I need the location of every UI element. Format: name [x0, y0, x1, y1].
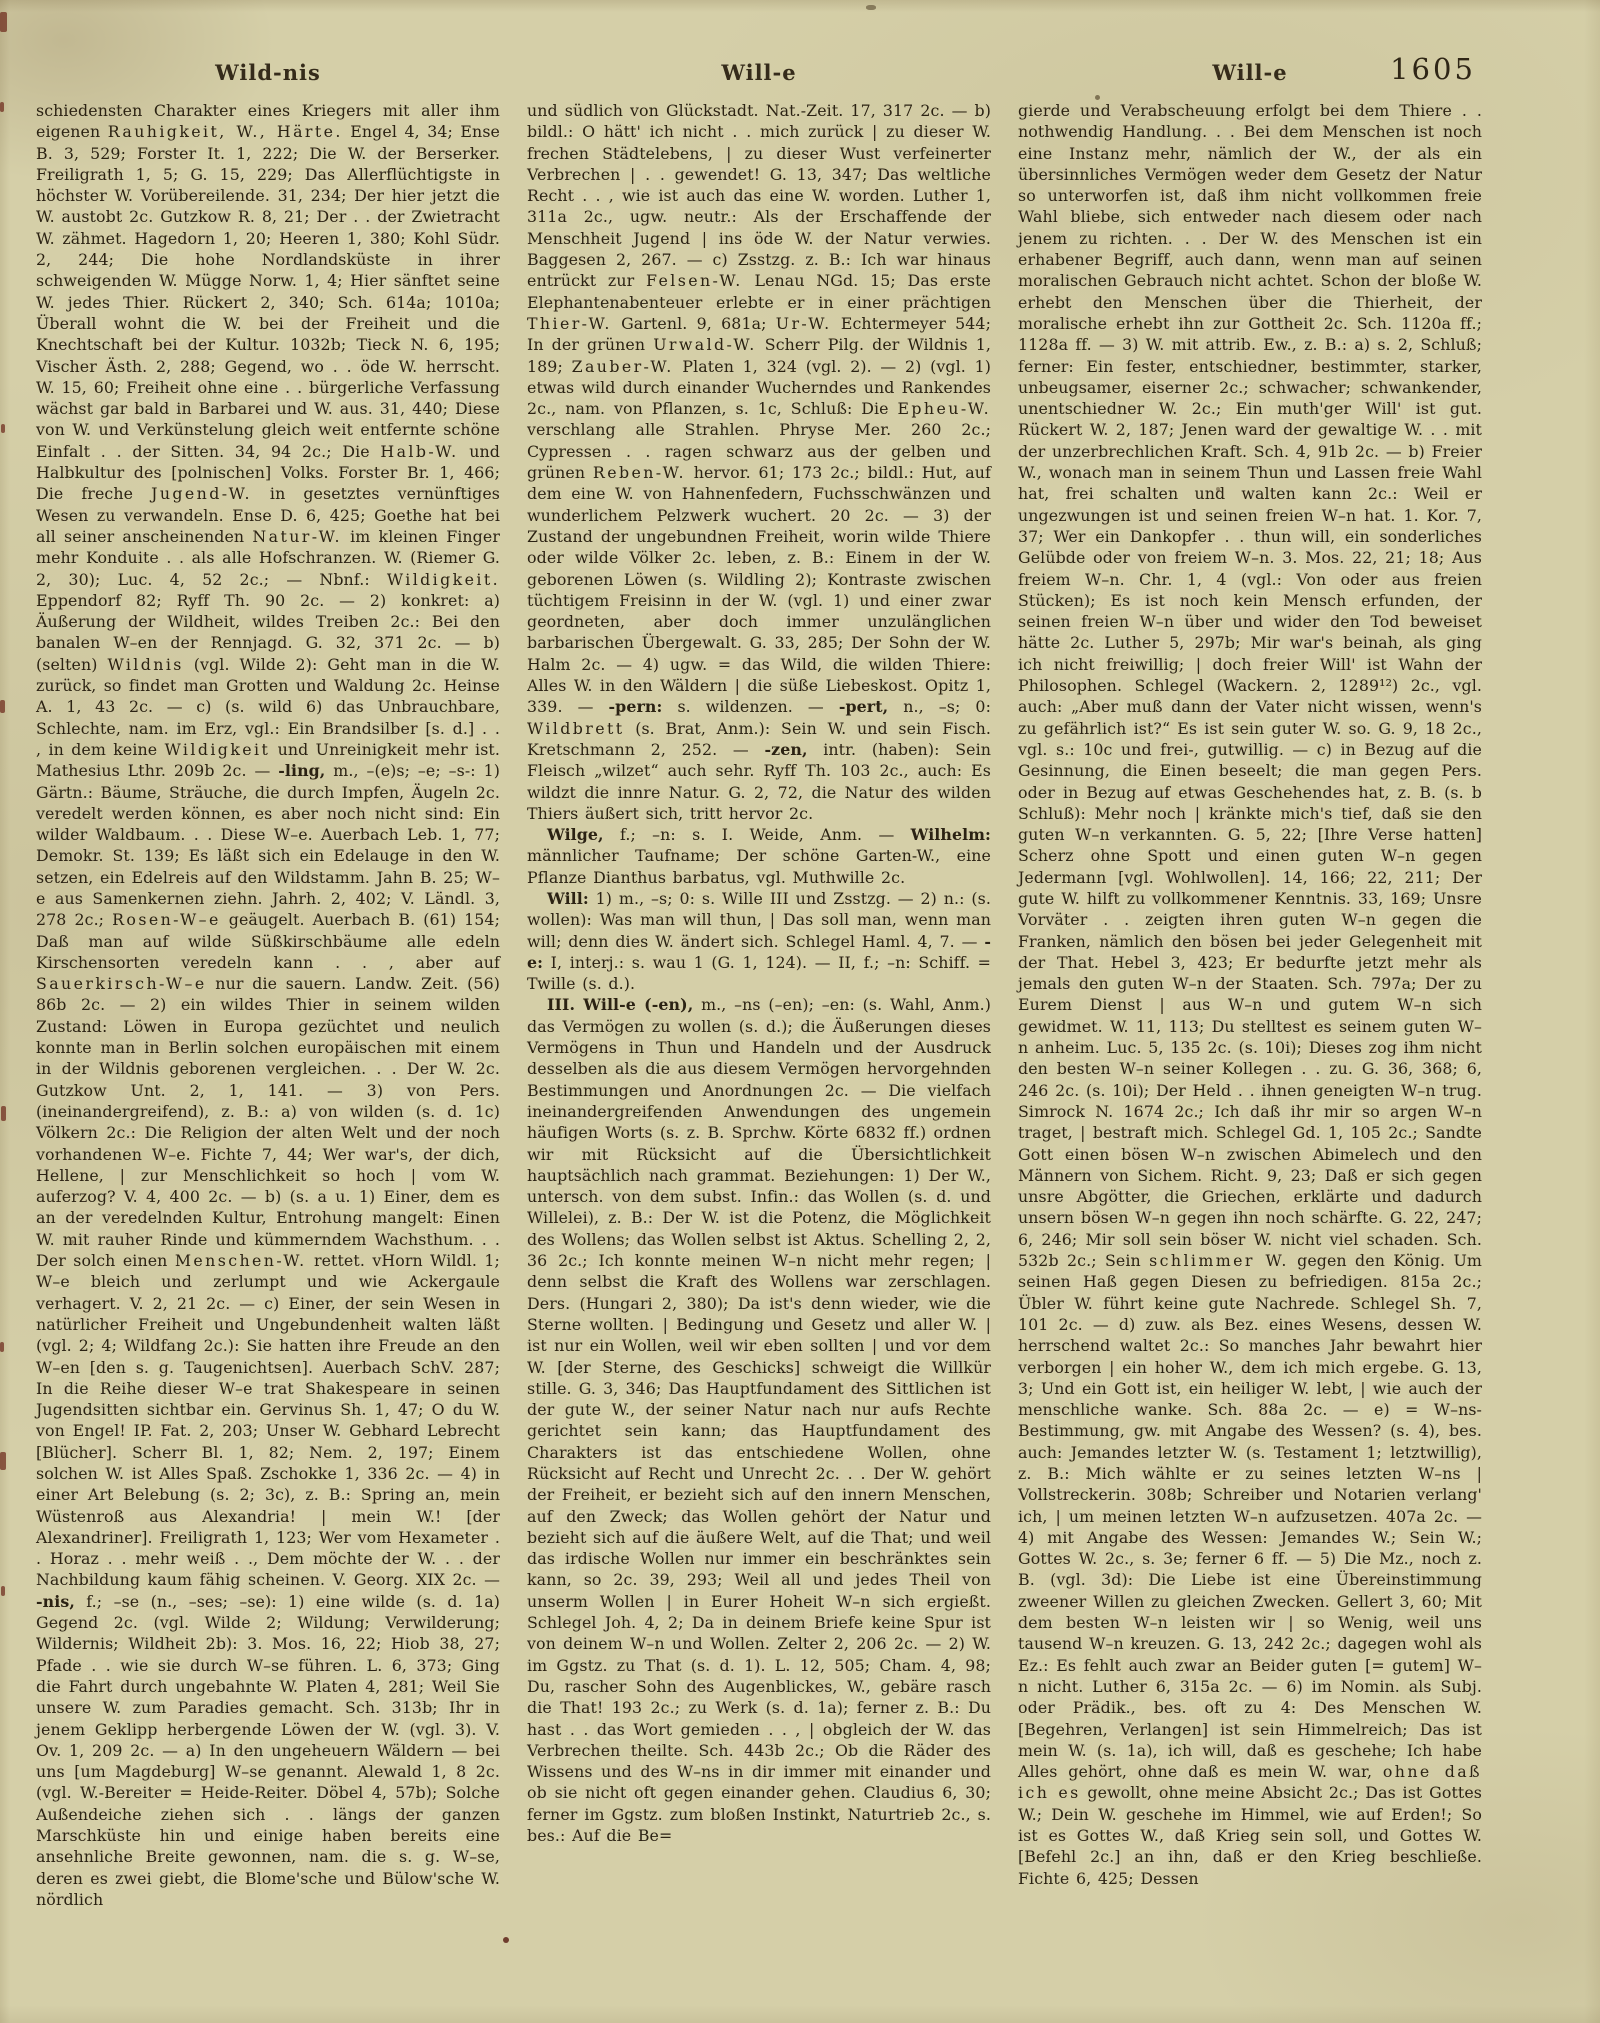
body-text: f.; –se (n., –ses; –se): 1) eine wilde (…: [36, 1592, 500, 1909]
body-text: s. wildenzen. —: [662, 697, 838, 716]
body-text: m., –(e)s; –e; –s-: 1) Gärtn.: Bäume, St…: [36, 761, 500, 929]
body-text: Gartenl. 9, 681a;: [612, 314, 776, 333]
body-text: f.; –n: s. I. Weide, Anm. —: [604, 825, 911, 844]
column-right: gierde und Verabscheuung erfolgt bei dem…: [1018, 100, 1482, 1910]
emphasized-text: Jugend-W.: [151, 484, 252, 503]
text-columns: schiedensten Charakter eines Kriegers mi…: [36, 100, 1482, 1910]
dictionary-paragraph: III. Will-e (-en), m., –ns (–en); –en: (…: [527, 994, 991, 1846]
page-number: 1605: [1378, 52, 1488, 86]
emphasized-text: Thier-W.: [527, 314, 612, 333]
emphasized-text: Reben-W.: [593, 463, 686, 482]
dictionary-paragraph: Will: 1) m., –s; 0: s. Wille III und Zss…: [527, 888, 991, 994]
emphasized-text: Zauber-W.: [572, 357, 674, 376]
body-text: gewollt, ohne meine Absicht 2c.; Das ist…: [1018, 1783, 1482, 1887]
dictionary-paragraph: und südlich von Glückstadt. Nat.-Zeit. 1…: [527, 100, 991, 824]
emphasized-text: Wildigkeit.: [387, 570, 500, 589]
body-text: hervor. 61; 173 2c.; bildl.: Hut, auf de…: [527, 463, 991, 716]
column-left: schiedensten Charakter eines Kriegers mi…: [36, 100, 500, 1910]
body-text: m., –ns (–en); –en: (s. Wahl, Anm.) das …: [527, 995, 991, 1845]
emphasized-text: Rosen-W–e: [112, 910, 221, 929]
column-center: und südlich von Glückstadt. Nat.-Zeit. 1…: [527, 100, 991, 1910]
scan-artifact: [70, 1240, 74, 1244]
emphasized-text: Sauerkirsch-W–e: [36, 974, 207, 993]
body-text: n., –s; 0:: [888, 697, 991, 716]
entry-headword: Wilhelm:: [911, 825, 991, 844]
entry-headword: III. Will-e (-en),: [547, 995, 693, 1014]
body-text: nur die sauern. Landw. Zeit. (56) 86b 2c…: [36, 974, 500, 1270]
emphasized-text: Menschen-W.: [175, 1251, 307, 1270]
emphasized-text: Wildigkeit: [165, 740, 271, 759]
running-head-left: Wild-nis: [36, 60, 500, 85]
scan-artifact: [1216, 487, 1220, 491]
running-head-center: Will-e: [527, 60, 991, 85]
body-text: und südlich von Glückstadt. Nat.-Zeit. 1…: [527, 101, 991, 290]
emphasized-text: Wildnis: [108, 655, 184, 674]
emphasized-text: Ur-W.: [776, 314, 832, 333]
scan-artifact: [0, 1342, 4, 1352]
entry-headword: Will:: [547, 889, 589, 908]
emphasized-text: Urwald-W.: [653, 335, 757, 354]
scan-artifact: [1, 424, 5, 433]
body-text: gierde und Verabscheuung erfolgt bei dem…: [1018, 101, 1482, 1270]
scan-artifact: [1, 1106, 6, 1121]
entry-headword: -pert,: [839, 697, 888, 716]
emphasized-text: Felsen-W.: [646, 271, 743, 290]
body-text: I, interj.: s. wau 1 (G. 1, 124). — II, …: [527, 953, 991, 993]
body-text: männlicher Taufname; Der schöne Garten-W…: [527, 846, 991, 886]
entry-headword: -zen,: [765, 740, 808, 759]
scan-artifact: [0, 102, 4, 112]
emphasized-text: Rauhigkeit, W., Härte.: [108, 122, 343, 141]
dictionary-paragraph: gierde und Verabscheuung erfolgt bei dem…: [1018, 100, 1482, 1889]
emphasized-text: Natur-W.: [252, 527, 341, 546]
emphasized-text: Wildbrett: [527, 719, 624, 738]
body-text: 1) m., –s; 0: s. Wille III und Zsstzg. —…: [527, 889, 991, 951]
body-text: rettet. vHorn Wildl. 1; W–e bleich und z…: [36, 1251, 500, 1589]
scan-artifact: [0, 12, 7, 32]
emphasized-text: schlimmer W.: [1149, 1251, 1289, 1270]
scanned-dictionary-page: Wild-nis Will-e Will-e 1605 schiedensten…: [0, 0, 1600, 2023]
dictionary-paragraph: Wilge, f.; –n: s. I. Weide, Anm. — Wilhe…: [527, 824, 991, 888]
entry-headword: -pern:: [609, 697, 663, 716]
emphasized-text: Epheu-W.: [897, 399, 991, 418]
body-text: gegen den König. Um seinen Haß gegen Die…: [1018, 1251, 1482, 1781]
scan-artifact: [0, 1452, 6, 1470]
scan-artifact: [866, 5, 876, 10]
entry-headword: -nis,: [36, 1592, 75, 1611]
body-text: Engel 4, 34; Ense B. 3, 529; Forster It.…: [36, 122, 500, 460]
entry-headword: Wilge,: [547, 825, 604, 844]
scan-artifact: [503, 1937, 509, 1943]
scan-artifact: [0, 700, 5, 713]
emphasized-text: Halb-W.: [380, 442, 458, 461]
scan-artifact: [1095, 95, 1100, 100]
dictionary-paragraph: schiedensten Charakter eines Kriegers mi…: [36, 100, 500, 1910]
entry-headword: -ling,: [278, 761, 325, 780]
scan-artifact: [1, 1586, 5, 1596]
